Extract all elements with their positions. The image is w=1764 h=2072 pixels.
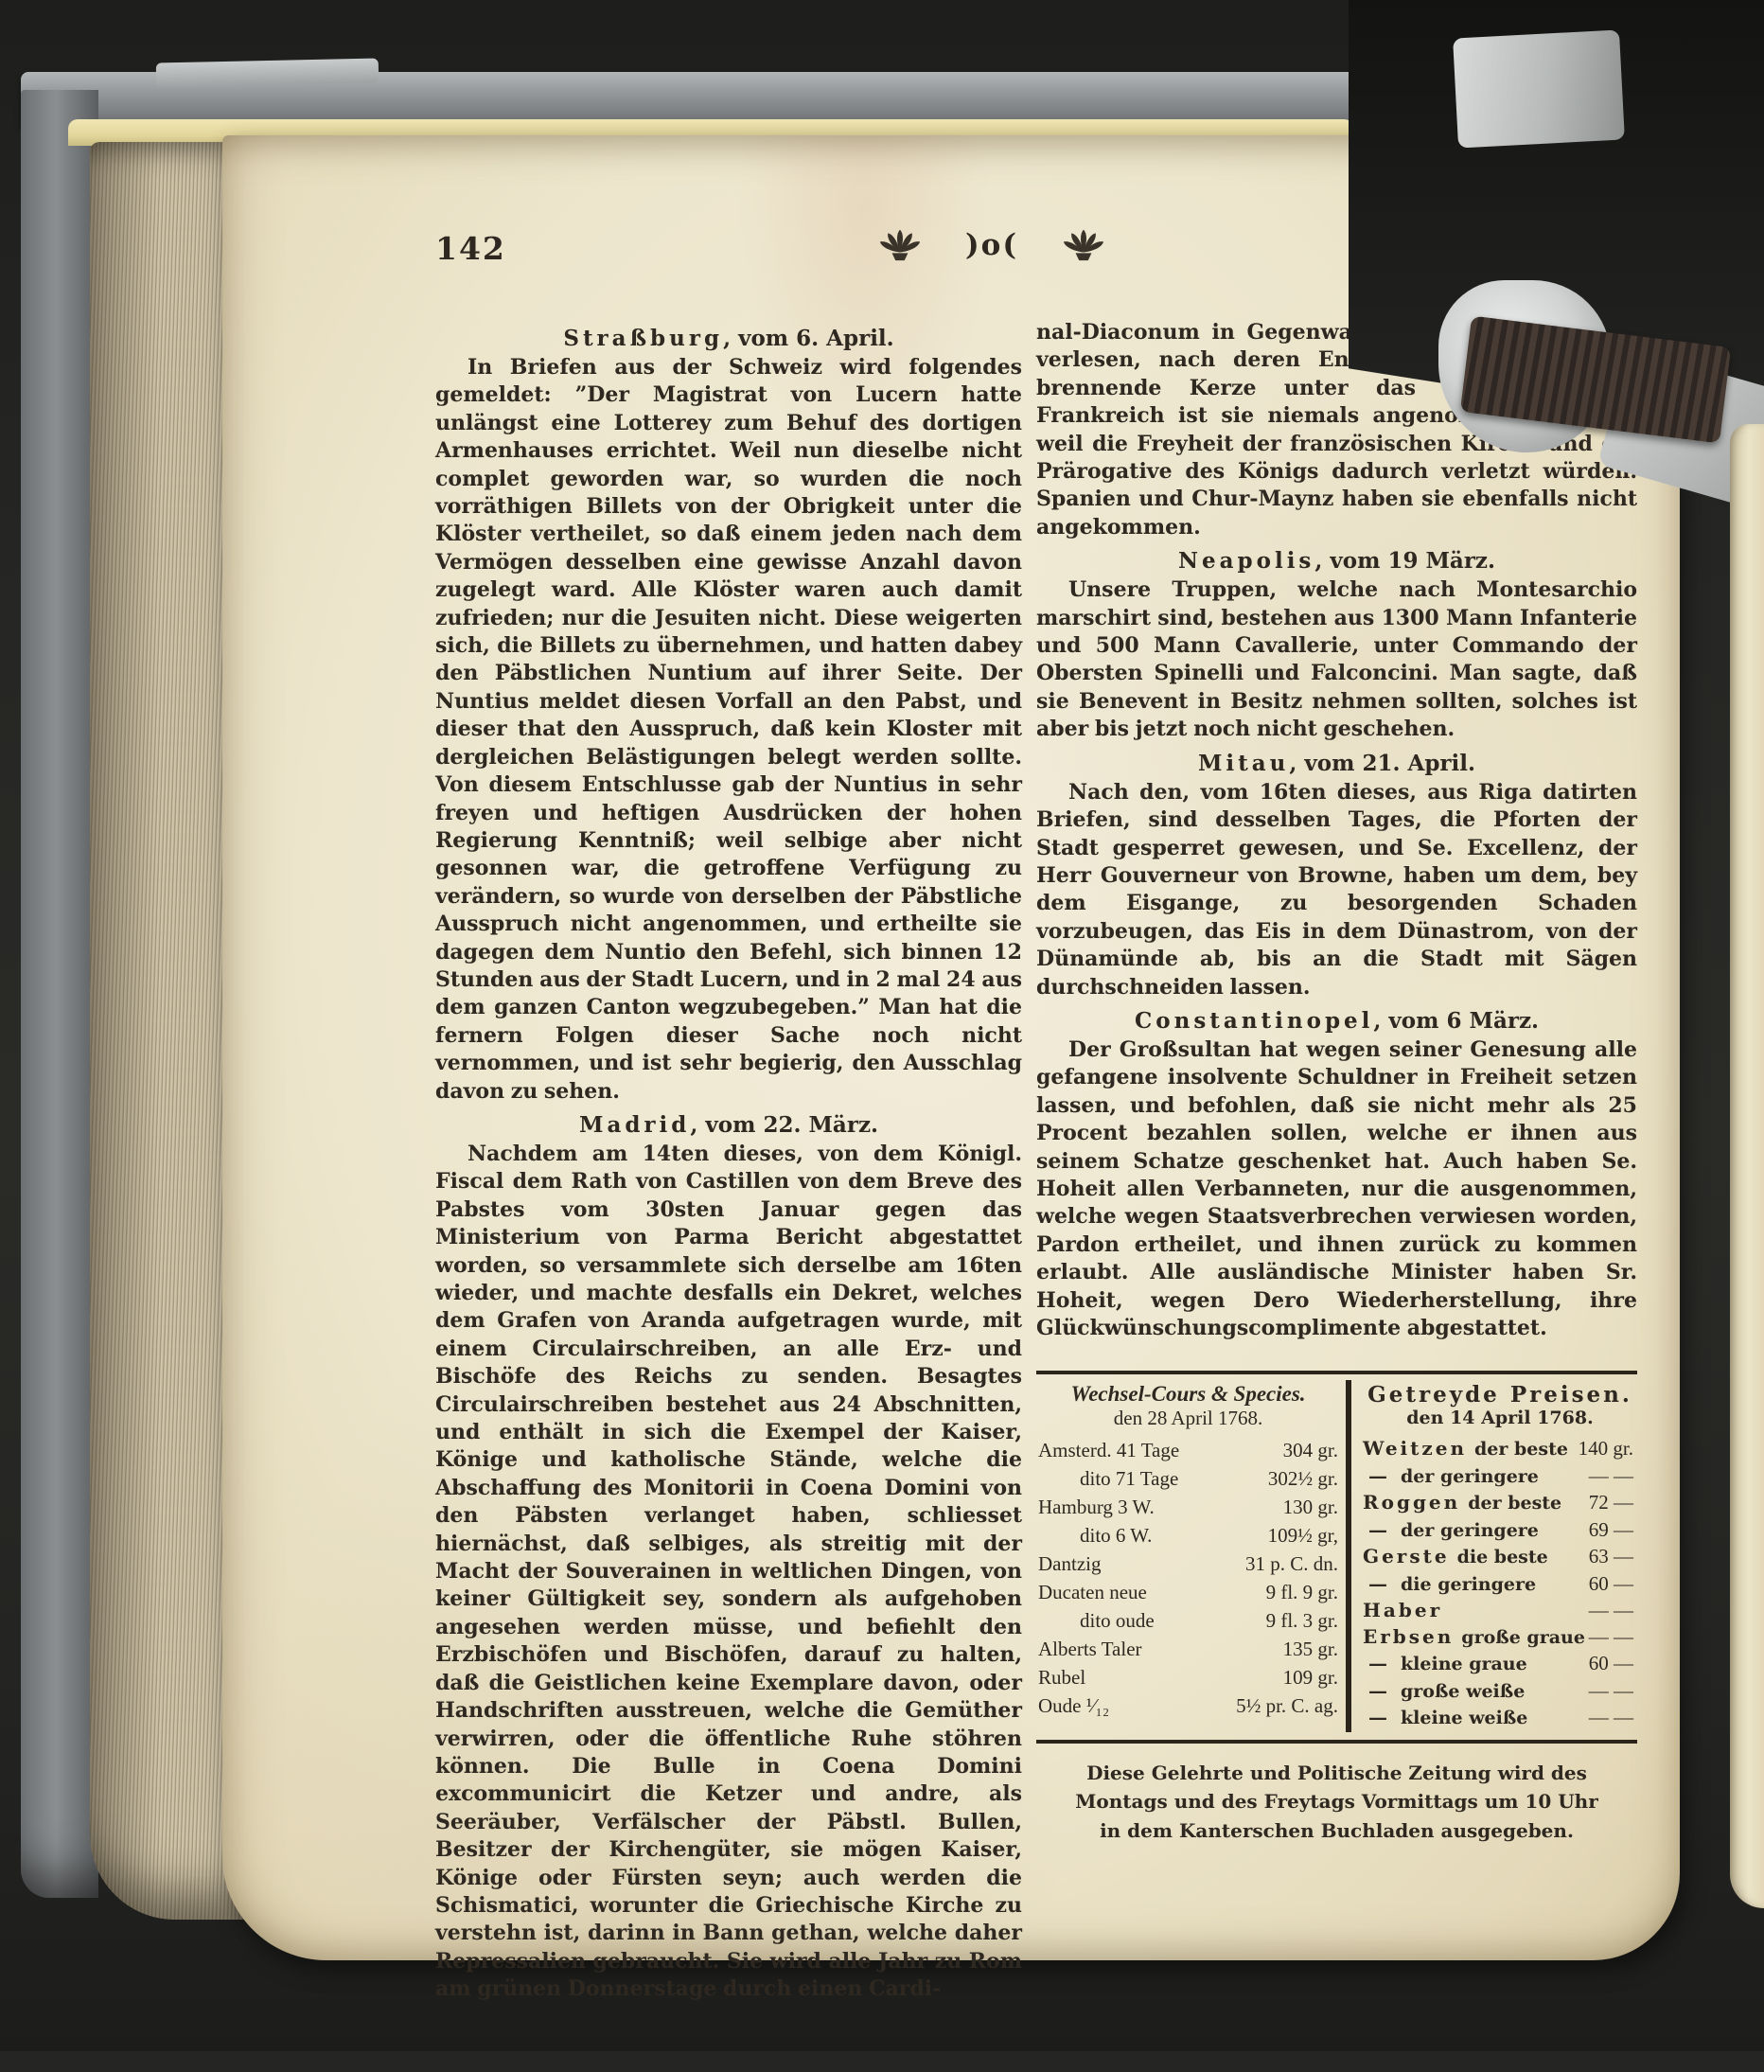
table-row: dito oude9 fl. 3 gr. <box>1038 1606 1338 1635</box>
table-row: Oude ¹⁄₁₂5½ pr. C. ag. <box>1038 1691 1338 1720</box>
row-value: — — <box>1589 1705 1637 1731</box>
row-value: — — <box>1589 1624 1637 1651</box>
table-row: Ducaten neue9 fl. 9 gr. <box>1038 1578 1338 1606</box>
row-label: der beste <box>1468 1491 1589 1517</box>
row-value: 302½ gr. <box>1268 1464 1338 1493</box>
dateline-city: Madrid <box>579 1112 690 1138</box>
divider-ornament: )o( <box>965 226 1018 264</box>
column-left: Straßburg, vom 6. April. In Briefen aus … <box>435 319 1022 2004</box>
row-label: große graue <box>1461 1625 1588 1652</box>
grain-prices-section: Getreyde Preisen. den 14 April 1768. Wei… <box>1346 1380 1637 1732</box>
row-value: 9 fl. 3 gr. <box>1266 1606 1338 1635</box>
table-row: Haber— — <box>1363 1598 1637 1624</box>
scanner-bed-edge <box>0 2051 1764 2072</box>
row-value: 109 gr. <box>1283 1663 1338 1691</box>
dateline-city: Neapolis <box>1178 548 1314 574</box>
row-label: dito oude <box>1038 1606 1155 1635</box>
book-cover-left-edge <box>21 90 98 1898</box>
page-number: 142 <box>435 230 506 267</box>
article-heading-neapolis: Neapolis, vom 19 März. <box>1036 548 1637 574</box>
row-label: die beste <box>1457 1545 1589 1571</box>
row-label: dito 6 W. <box>1038 1521 1152 1550</box>
dateline-city: Straßburg <box>563 326 723 351</box>
row-label: der geringere <box>1401 1464 1589 1491</box>
row-term: Erbsen <box>1363 1624 1461 1651</box>
table-row: —der geringere— — <box>1363 1463 1637 1491</box>
exchange-rates-date: den 28 April 1768. <box>1038 1407 1338 1430</box>
row-term: — <box>1363 1651 1401 1677</box>
row-term: — <box>1363 1463 1401 1490</box>
article-heading-strassburg: Straßburg, vom 6. April. <box>435 326 1022 351</box>
row-value: 5½ pr. C. ag. <box>1236 1691 1338 1720</box>
row-value: — — <box>1589 1678 1637 1705</box>
book-photo: 142 )o( <box>0 0 1764 2072</box>
row-term: Roggen <box>1363 1490 1468 1516</box>
row-value: 109½ gr, <box>1268 1521 1338 1550</box>
row-label: kleine weiße <box>1401 1706 1589 1732</box>
text-columns: Straßburg, vom 6. April. In Briefen aus … <box>435 319 1637 2004</box>
dateline-rest: , vom 6. April. <box>723 326 894 351</box>
publisher-imprint: Diese Gelehrte und Politische Zeitung wi… <box>1063 1759 1612 1846</box>
row-label: die geringere <box>1401 1572 1589 1599</box>
table-row: Alberts Taler135 gr. <box>1038 1635 1338 1663</box>
dateline-rest: , vom 19 März. <box>1314 548 1495 574</box>
row-label: kleine graue <box>1401 1652 1589 1678</box>
article-body-madrid: Nachdem am 14ten dieses, von dem Königl.… <box>435 1141 1022 2004</box>
printed-area: 142 )o( <box>435 230 1637 2004</box>
row-term: Weitzen <box>1363 1436 1474 1462</box>
row-value: 304 gr. <box>1283 1436 1338 1464</box>
row-value: 130 gr. <box>1283 1493 1338 1521</box>
table-row: Dantzig31 p. C. dn. <box>1038 1550 1338 1578</box>
table-row: —der geringere69 — <box>1363 1517 1637 1545</box>
row-term: — <box>1363 1678 1401 1705</box>
row-value: 140 gr. <box>1579 1436 1637 1462</box>
table-row: Rubel109 gr. <box>1038 1663 1338 1691</box>
table-row: Weitzender beste140 gr. <box>1363 1436 1637 1463</box>
row-label: Rubel <box>1038 1663 1085 1691</box>
table-row: Erbsengroße graue— — <box>1363 1624 1637 1652</box>
article-body-constantinopel: Der Großsultan hat wegen seiner Genesung… <box>1036 1036 1637 1342</box>
table-row: —große weiße— — <box>1363 1678 1637 1706</box>
row-term: Gerste <box>1363 1544 1457 1570</box>
row-label: der beste <box>1474 1437 1579 1463</box>
table-row: —kleine weiße— — <box>1363 1705 1637 1732</box>
article-body-mitau: Nach den, vom 16ten dieses, aus Riga dat… <box>1036 779 1637 1001</box>
row-label: Alberts Taler <box>1038 1635 1142 1663</box>
row-value: 72 — <box>1589 1490 1637 1516</box>
row-value: 135 gr. <box>1283 1635 1338 1663</box>
row-label: Amsterd. 41 Tage <box>1038 1436 1179 1464</box>
row-value: 9 fl. 9 gr. <box>1266 1578 1338 1606</box>
row-value: 63 — <box>1589 1544 1637 1570</box>
row-term: Haber <box>1363 1598 1450 1624</box>
dateline-rest: , vom 21. April. <box>1289 751 1475 776</box>
table-row: —die geringere60 — <box>1363 1571 1637 1599</box>
row-label: Ducaten neue <box>1038 1578 1147 1606</box>
row-value: — — <box>1589 1463 1637 1490</box>
dateline-city: Constantinopel <box>1135 1008 1373 1034</box>
dateline-rest: , vom 6 März. <box>1373 1008 1539 1034</box>
row-value: 31 p. C. dn. <box>1245 1550 1338 1578</box>
table-row: Roggender beste72 — <box>1363 1490 1637 1517</box>
bookmark-ribbon-silver <box>1453 29 1625 148</box>
table-row: Hamburg 3 W.130 gr. <box>1038 1493 1338 1521</box>
shell-ornament-icon <box>878 226 922 264</box>
row-label: dito 71 Tage <box>1038 1464 1178 1493</box>
dateline-city: Mitau <box>1198 751 1289 776</box>
dateline-rest: , vom 22. März. <box>690 1112 878 1138</box>
row-label: große weiße <box>1401 1679 1589 1706</box>
article-heading-mitau: Mitau, vom 21. April. <box>1036 751 1637 776</box>
row-term: — <box>1363 1517 1401 1544</box>
table-row: Amsterd. 41 Tage304 gr. <box>1038 1436 1338 1464</box>
row-value: 60 — <box>1589 1571 1637 1598</box>
facing-page-edge <box>1730 424 1764 1908</box>
row-label: Dantzig <box>1038 1550 1101 1578</box>
price-table: Wechsel-Cours & Species. den 28 April 17… <box>1036 1371 1637 1744</box>
article-heading-constantinopel: Constantinopel, vom 6 März. <box>1036 1008 1637 1034</box>
table-row: Gerstedie beste63 — <box>1363 1544 1637 1571</box>
exchange-rates-section: Wechsel-Cours & Species. den 28 April 17… <box>1036 1380 1346 1732</box>
table-row: dito 71 Tage302½ gr. <box>1038 1464 1338 1493</box>
row-label: Oude ¹⁄₁₂ <box>1038 1691 1109 1720</box>
exchange-rates-title: Wechsel-Cours & Species. <box>1038 1382 1338 1407</box>
row-value: 60 — <box>1589 1651 1637 1677</box>
grain-prices-date: den 14 April 1768. <box>1363 1408 1637 1428</box>
row-term: — <box>1363 1571 1401 1598</box>
table-row: dito 6 W.109½ gr, <box>1038 1521 1338 1550</box>
row-value: — — <box>1589 1598 1637 1624</box>
table-row: —kleine graue60 — <box>1363 1651 1637 1678</box>
column-right: nal-Diaconum in Gegenwart des Pabsts öff… <box>1036 319 1637 2004</box>
header-ornaments: )o( <box>878 226 1105 264</box>
row-term: — <box>1363 1705 1401 1731</box>
article-body-neapolis: Unsere Truppen, welche nach Montesarchio… <box>1036 576 1637 743</box>
row-label: Hamburg 3 W. <box>1038 1493 1155 1521</box>
article-heading-madrid: Madrid, vom 22. März. <box>435 1112 1022 1138</box>
grain-prices-title: Getreyde Preisen. <box>1363 1382 1637 1408</box>
article-body-strassburg: In Briefen aus der Schweiz wird folgende… <box>435 354 1022 1106</box>
shell-ornament-icon <box>1062 226 1105 264</box>
row-label: der geringere <box>1401 1518 1589 1545</box>
row-value: 69 — <box>1589 1517 1637 1544</box>
book-cover-sheen <box>156 59 379 88</box>
